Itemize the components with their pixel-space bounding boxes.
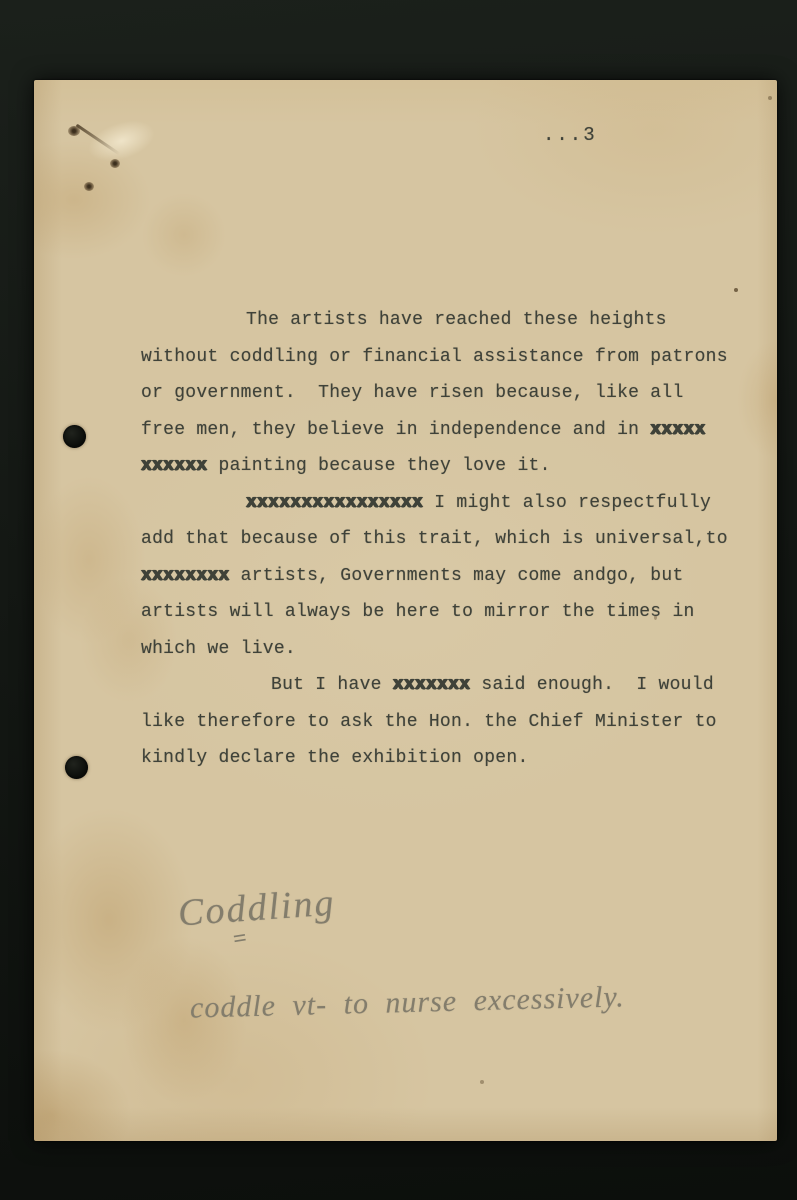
strikeout-text: xxxxxxx bbox=[393, 675, 471, 695]
typed-line: free men, they believe in independence a… bbox=[141, 412, 761, 449]
typed-text: which we live. bbox=[141, 639, 296, 659]
scanner-background: { "colors": { "background_top": "#1b201b… bbox=[0, 0, 797, 1200]
punch-hole-top bbox=[63, 425, 86, 448]
typed-text: said enough. I would bbox=[470, 675, 714, 695]
handwritten-definition: coddle vt- to nurse excessively. bbox=[190, 980, 625, 1025]
typed-line: without coddling or financial assistance… bbox=[141, 339, 761, 376]
typed-line: like therefore to ask the Hon. the Chief… bbox=[141, 704, 761, 741]
paper-scuff-mark bbox=[69, 103, 175, 180]
typed-text: artists will always be here to mirror th… bbox=[141, 602, 695, 622]
typed-line: add that because of this trait, which is… bbox=[141, 521, 761, 558]
typed-text: add that because of this trait, which is… bbox=[141, 529, 728, 549]
typed-line: which we live. bbox=[141, 631, 761, 668]
document-page: ...3 The artists have reached these heig… bbox=[34, 80, 777, 1141]
punch-hole-bottom bbox=[65, 756, 88, 779]
page-number: ...3 bbox=[543, 124, 597, 146]
strikeout-text: xxxxx bbox=[650, 420, 705, 440]
strikeout-text: xxxxxx bbox=[141, 456, 207, 476]
typed-line: or government. They have risen because, … bbox=[141, 375, 761, 412]
typed-line: kindly declare the exhibition open. bbox=[141, 740, 761, 777]
typed-line: xxxxxxxxxxxxxxxx I might also respectful… bbox=[141, 485, 761, 522]
typed-text: artists, Governments may come andgo, but bbox=[230, 566, 684, 586]
pin-hole-mark bbox=[110, 159, 120, 168]
typed-line: artists will always be here to mirror th… bbox=[141, 594, 761, 631]
pin-hole-mark bbox=[68, 126, 80, 136]
paper-speck bbox=[768, 96, 772, 100]
typed-text-block: The artists have reached these heights w… bbox=[141, 302, 761, 777]
typed-text: But I have bbox=[271, 675, 393, 695]
typed-text: painting because they love it. bbox=[207, 456, 550, 476]
strikeout-text: xxxxxxxx bbox=[141, 566, 230, 586]
typed-text: or government. They have risen because, … bbox=[141, 383, 684, 403]
typed-text: The artists have reached these heights bbox=[246, 310, 667, 330]
handwritten-term: Coddling bbox=[177, 881, 337, 936]
pin-hole-mark bbox=[84, 182, 94, 191]
typed-text: without coddling or financial assistance… bbox=[141, 347, 728, 367]
typed-text: free men, they believe in independence a… bbox=[141, 420, 650, 440]
strikeout-text: xxxxxxxxxxxxxxxx bbox=[246, 493, 423, 513]
typed-line: xxxxxx painting because they love it. bbox=[141, 448, 761, 485]
typed-line: xxxxxxxx artists, Governments may come a… bbox=[141, 558, 761, 595]
typed-line: But I have xxxxxxx said enough. I would bbox=[141, 667, 761, 704]
typed-text: kindly declare the exhibition open. bbox=[141, 748, 529, 768]
paper-speck bbox=[734, 288, 738, 292]
paper-speck bbox=[480, 1080, 484, 1084]
typed-text: like therefore to ask the Hon. the Chief… bbox=[141, 712, 717, 732]
typed-line: The artists have reached these heights bbox=[141, 302, 761, 339]
typed-text: I might also respectfully bbox=[423, 493, 711, 513]
